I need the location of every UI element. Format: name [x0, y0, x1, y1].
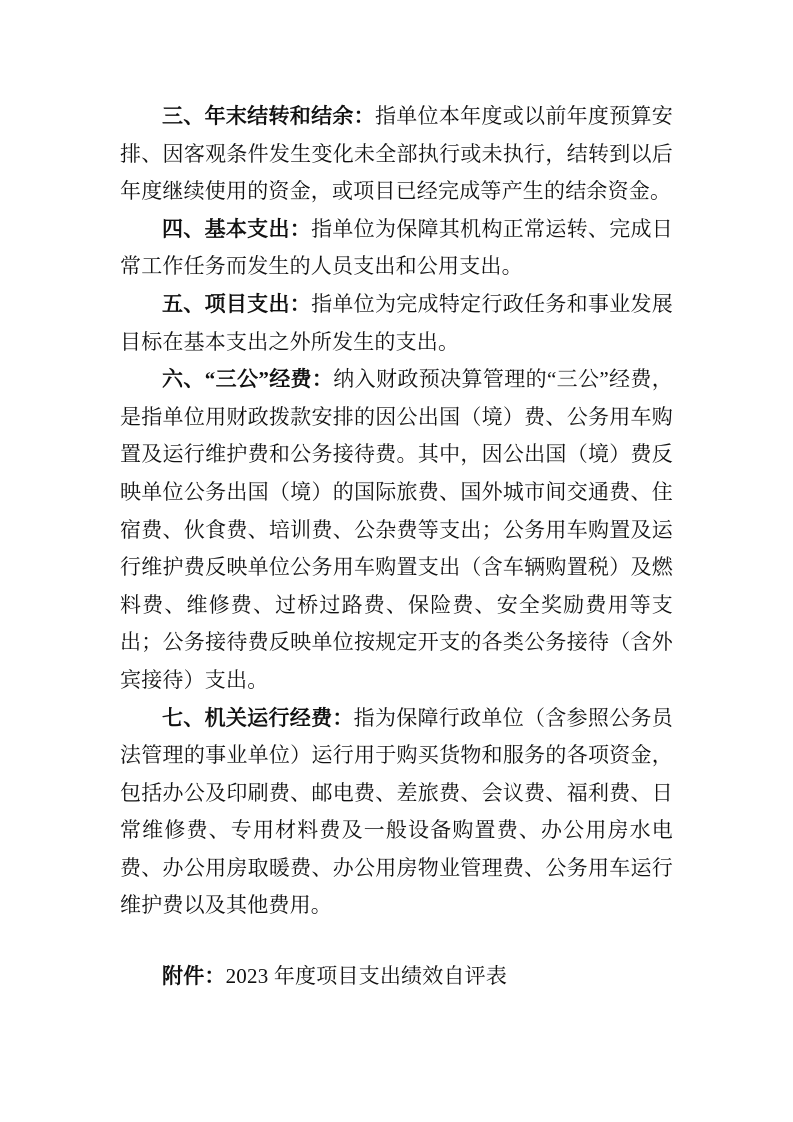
- paragraph-project-expenditure: 五、项目支出：指单位为完成特定行政任务和事业发展目标在基本支出之外所发生的支出。: [120, 286, 673, 361]
- attachment-title: 2023 年度项目支出绩效自评表: [226, 964, 507, 988]
- term-three-public-funds-definition: 纳入财政预决算管理的“三公”经费，是指单位用财政拨款安排的因公出国（境）费、公务…: [120, 367, 673, 692]
- document-page: 三、年末结转和结余：指单位本年度或以前年度预算安排、因客观条件发生变化未全部执行…: [0, 0, 793, 1122]
- term-three-public-funds-label: 六、“三公”经费：: [162, 367, 333, 391]
- attachment-line: 附件：2023 年度项目支出绩效自评表: [120, 958, 673, 996]
- paragraph-year-end-carryover: 三、年末结转和结余：指单位本年度或以前年度预算安排、因客观条件发生变化未全部执行…: [120, 98, 673, 211]
- paragraph-agency-operating-funds: 七、机关运行经费：指为保障行政单位（含参照公务员法管理的事业单位）运行用于购买货…: [120, 700, 673, 926]
- term-carryover-label: 三、年末结转和结余：: [162, 104, 375, 128]
- term-agency-operating-funds-label: 七、机关运行经费：: [162, 706, 354, 730]
- term-basic-expenditure-label: 四、基本支出：: [162, 217, 311, 241]
- paragraph-three-public-funds: 六、“三公”经费：纳入财政预决算管理的“三公”经费，是指单位用财政拨款安排的因公…: [120, 361, 673, 699]
- term-agency-operating-funds-definition: 指为保障行政单位（含参照公务员法管理的事业单位）运行用于购买货物和服务的各项资金…: [120, 706, 673, 918]
- document-body: 三、年末结转和结余：指单位本年度或以前年度预算安排、因客观条件发生变化未全部执行…: [120, 98, 673, 996]
- paragraph-basic-expenditure: 四、基本支出：指单位为保障其机构正常运转、完成日常工作任务而发生的人员支出和公用…: [120, 211, 673, 286]
- attachment-label: 附件：: [162, 964, 226, 988]
- term-project-expenditure-label: 五、项目支出：: [162, 292, 311, 316]
